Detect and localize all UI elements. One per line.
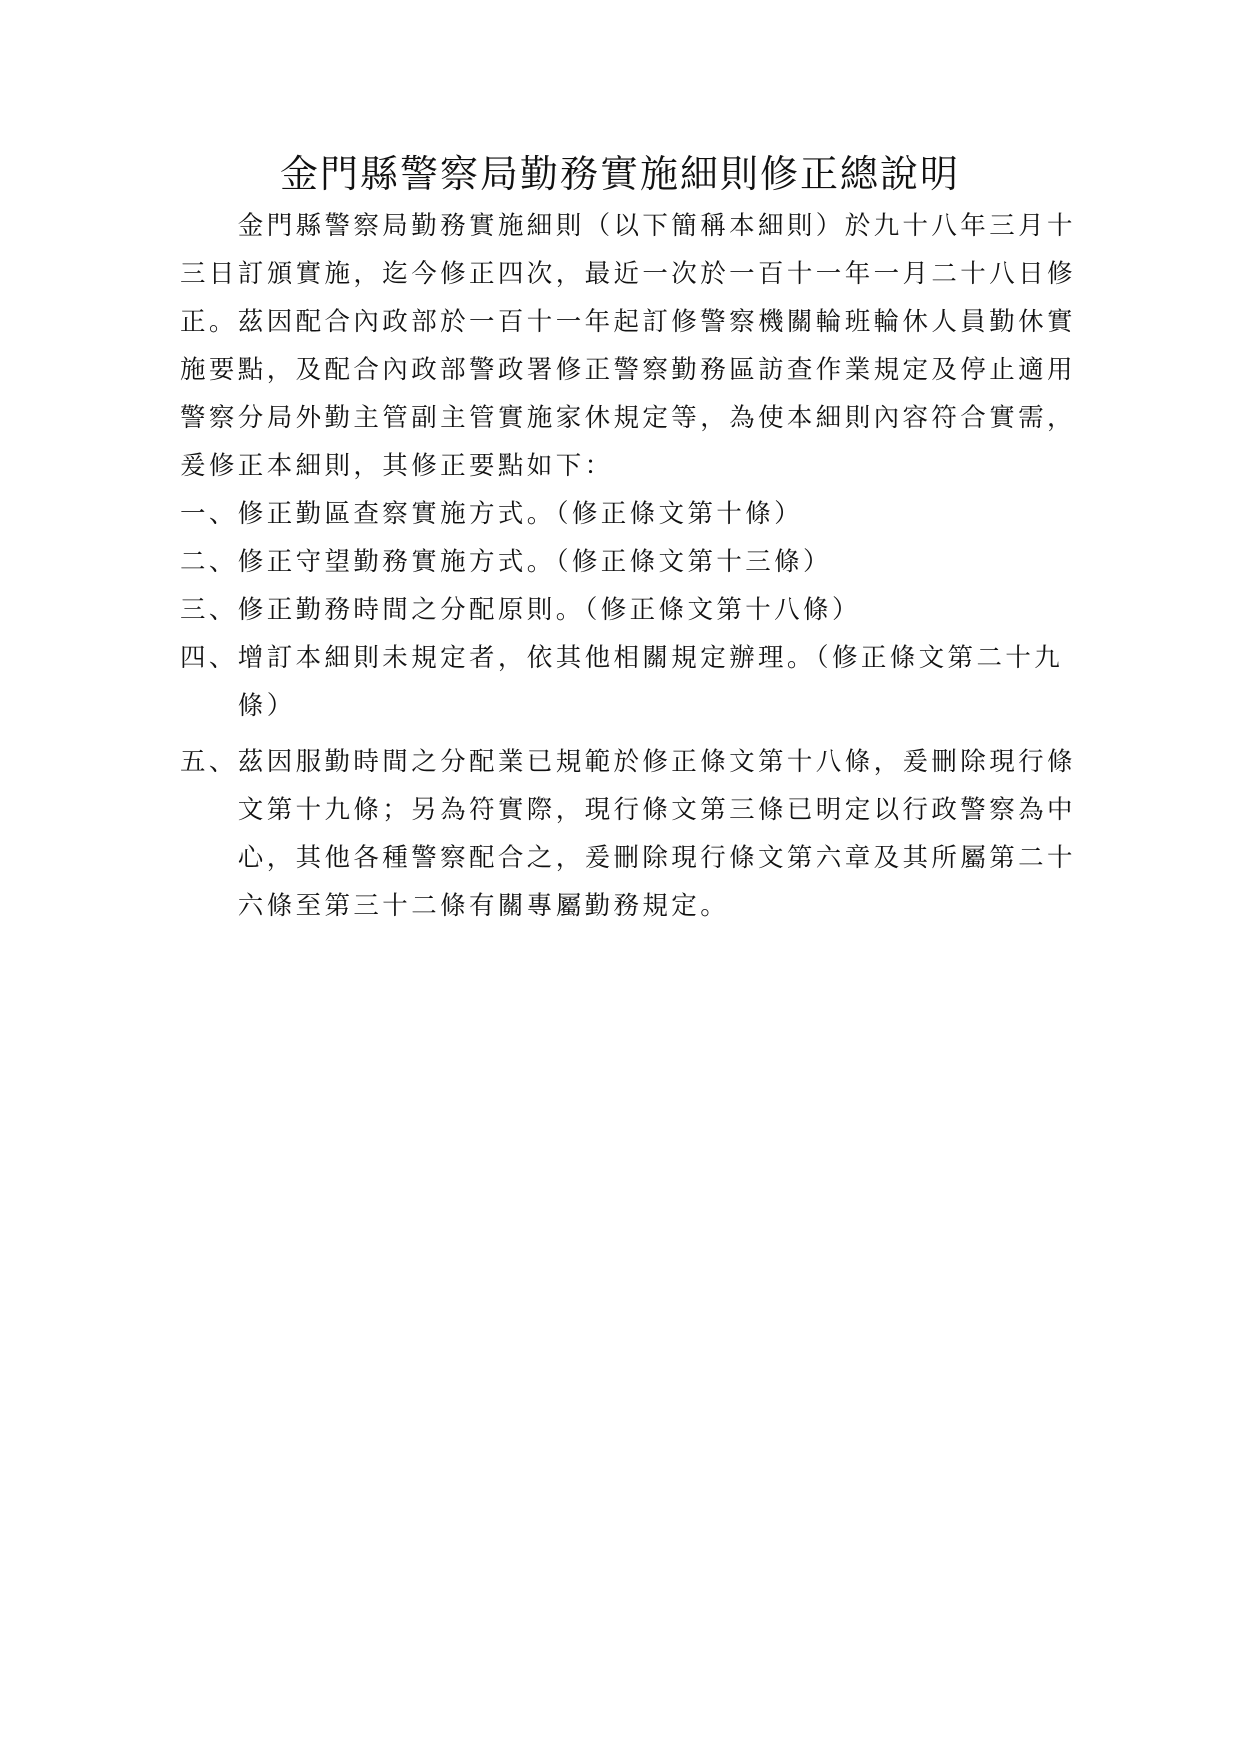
intro-line: 爰修正本細則，其修正要點如下：	[180, 440, 614, 492]
intro-line: 警察分局外勤主管副主管實施家休規定等，為使本細則內容符合實需，	[180, 392, 1076, 444]
amendment-item-4: 四、增訂本細則未規定者，依其他相關規定辦理。（修正條文第二十九	[180, 632, 1063, 684]
amendment-item-1: 一、修正勤區查察實施方式。（修正條文第十條）	[180, 488, 803, 540]
intro-line: 三日訂頒實施，迄今修正四次，最近一次於一百十一年一月二十八日修	[180, 248, 1076, 300]
amendment-item-5-cont: 文第十九條；另為符實際，現行條文第三條已明定以行政警察為中	[180, 784, 1076, 836]
intro-line: 金門縣警察局勤務實施細則（以下簡稱本細則）於九十八年三月十	[180, 200, 1076, 252]
amendment-item-5-cont: 六條至第三十二條有關專屬勤務規定。	[180, 880, 729, 932]
amendment-item-4-cont: 條）	[180, 680, 296, 732]
amendment-item-3: 三、修正勤務時間之分配原則。（修正條文第十八條）	[180, 584, 861, 636]
amendment-item-2: 二、修正守望勤務實施方式。（修正條文第十三條）	[180, 536, 832, 588]
intro-line: 正。茲因配合內政部於一百十一年起訂修警察機關輪班輪休人員勤休實	[180, 296, 1076, 348]
intro-line: 施要點，及配合內政部警政署修正警察勤務區訪查作業規定及停止適用	[180, 344, 1076, 396]
amendment-item-5: 五、茲因服勤時間之分配業已規範於修正條文第十八條，爰刪除現行條	[180, 736, 1076, 788]
amendment-item-5-cont: 心，其他各種警察配合之，爰刪除現行條文第六章及其所屬第二十	[180, 832, 1076, 884]
document-title: 金門縣警察局勤務實施細則修正總說明	[0, 150, 1240, 198]
